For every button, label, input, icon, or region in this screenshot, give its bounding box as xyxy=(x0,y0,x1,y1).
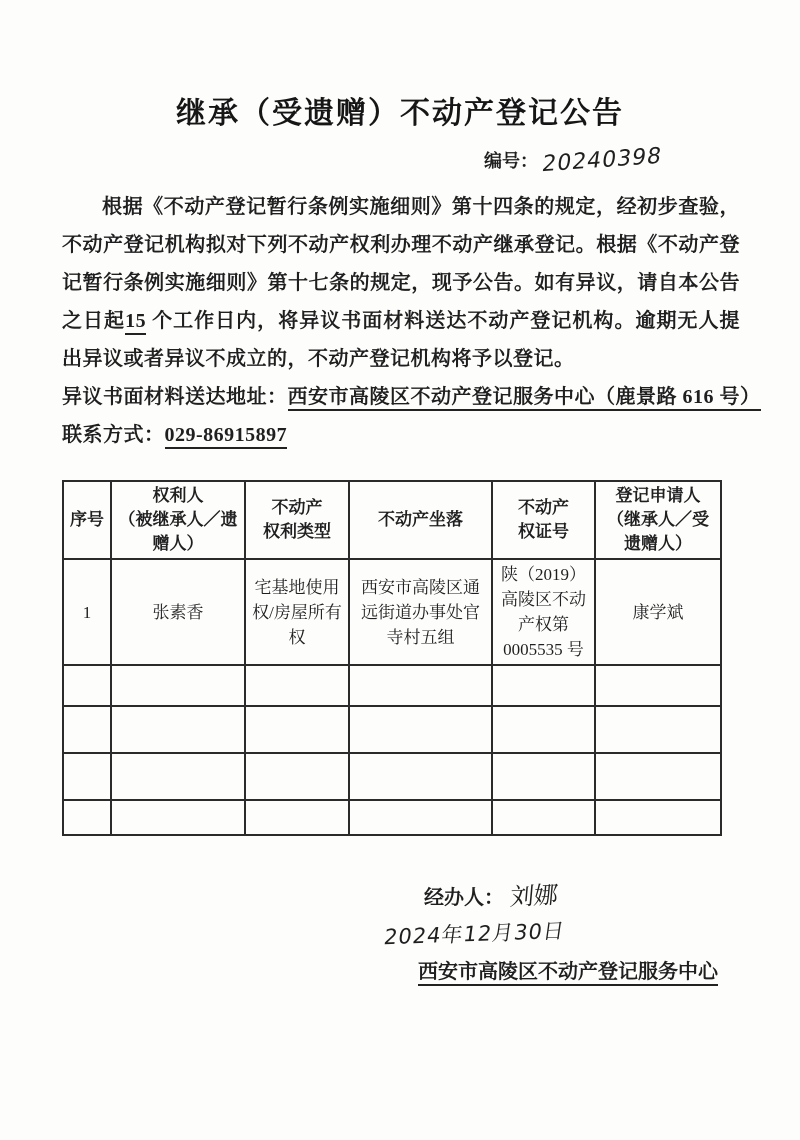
empty-cell xyxy=(492,665,595,706)
handler-signature: 刘娜 xyxy=(509,879,560,914)
serial-line: 编号：20240398 xyxy=(0,144,800,178)
org-line: 西安市高陵区不动产登记服务中心 xyxy=(0,955,800,989)
empty-cell xyxy=(111,753,245,800)
empty-cell xyxy=(63,753,111,800)
empty-cell xyxy=(349,706,492,753)
empty-table-row xyxy=(63,706,721,753)
empty-cell xyxy=(111,665,245,706)
issue-date: 2024年12月30日 xyxy=(382,915,567,953)
empty-cell xyxy=(349,753,492,800)
handler-label: 经办人： xyxy=(424,887,504,909)
contact-line: 联系方式：029-86915897 xyxy=(62,416,740,454)
empty-table-row xyxy=(63,753,721,800)
address-label: 异议书面材料送达地址： xyxy=(62,386,288,408)
notice-title: 继承（受遗赠）不动产登记公告 xyxy=(0,92,800,136)
col-header-index: 序号 xyxy=(63,481,111,559)
empty-cell xyxy=(349,665,492,706)
date-line: 2024年12月30日 xyxy=(0,918,800,951)
contact-label: 联系方式： xyxy=(62,424,165,446)
empty-cell xyxy=(111,706,245,753)
body-text-part2: 个工作日内，将异议书面材料送达不动产登记机构。逾期无人提出异议或者异议不成立的，… xyxy=(62,310,740,370)
address-value: 西安市高陵区不动产登记服务中心（鹿景路 616 号） xyxy=(288,386,761,411)
body-paragraph: 根据《不动产登记暂行条例实施细则》第十四条的规定，经初步查验，不动产登记机构拟对… xyxy=(62,188,740,378)
col-header-right-type: 不动产 权利类型 xyxy=(245,481,349,559)
empty-cell xyxy=(492,706,595,753)
empty-cell xyxy=(63,706,111,753)
notice-content: 根据《不动产登记暂行条例实施细则》第十四条的规定，经初步查验，不动产登记机构拟对… xyxy=(0,188,800,454)
registration-table: 序号 权利人 （被继承人／遗赠人） 不动产 权利类型 不动产坐落 不动产 权证号… xyxy=(62,480,722,836)
col-header-location: 不动产坐落 xyxy=(349,481,492,559)
serial-label: 编号： xyxy=(484,151,538,171)
deadline-days: 15 xyxy=(125,310,146,335)
cell-right-type: 宅基地使用权/房屋所有权 xyxy=(245,559,349,665)
notice-page: 继承（受遗赠）不动产登记公告 编号：20240398 根据《不动产登记暂行条例实… xyxy=(0,0,800,1140)
empty-cell xyxy=(111,800,245,835)
empty-cell xyxy=(595,753,721,800)
contact-value: 029-86915897 xyxy=(165,424,288,449)
empty-table-row xyxy=(63,665,721,706)
col-header-certificate-no: 不动产 权证号 xyxy=(492,481,595,559)
empty-cell xyxy=(245,800,349,835)
table-header-row: 序号 权利人 （被继承人／遗赠人） 不动产 权利类型 不动产坐落 不动产 权证号… xyxy=(63,481,721,559)
table-row: 1 张素香 宅基地使用权/房屋所有权 西安市高陵区通远街道办事处官寺村五组 陕（… xyxy=(63,559,721,665)
cell-certificate-no: 陕（2019）高陵区不动产权第 0005535 号 xyxy=(492,559,595,665)
cell-rights-holder: 张素香 xyxy=(111,559,245,665)
empty-cell xyxy=(595,665,721,706)
empty-table-row xyxy=(63,800,721,835)
handler-line: 经办人：刘娜 xyxy=(0,880,800,914)
empty-cell xyxy=(595,706,721,753)
cell-location: 西安市高陵区通远街道办事处官寺村五组 xyxy=(349,559,492,665)
empty-cell xyxy=(245,753,349,800)
empty-cell xyxy=(245,665,349,706)
organization-name: 西安市高陵区不动产登记服务中心 xyxy=(418,961,718,986)
empty-cell xyxy=(349,800,492,835)
col-header-rights-holder: 权利人 （被继承人／遗赠人） xyxy=(111,481,245,559)
empty-cell xyxy=(63,665,111,706)
col-header-applicant: 登记申请人 （继承人／受遗赠人） xyxy=(595,481,721,559)
empty-cell xyxy=(595,800,721,835)
empty-cell xyxy=(63,800,111,835)
cell-applicant: 康学斌 xyxy=(595,559,721,665)
address-line: 异议书面材料送达地址：西安市高陵区不动产登记服务中心（鹿景路 616 号） xyxy=(62,378,740,416)
cell-index: 1 xyxy=(63,559,111,665)
empty-cell xyxy=(492,753,595,800)
empty-cell xyxy=(245,706,349,753)
serial-number: 20240398 xyxy=(540,140,665,183)
empty-cell xyxy=(492,800,595,835)
notice-footer: 经办人：刘娜 2024年12月30日 西安市高陵区不动产登记服务中心 xyxy=(0,880,800,989)
